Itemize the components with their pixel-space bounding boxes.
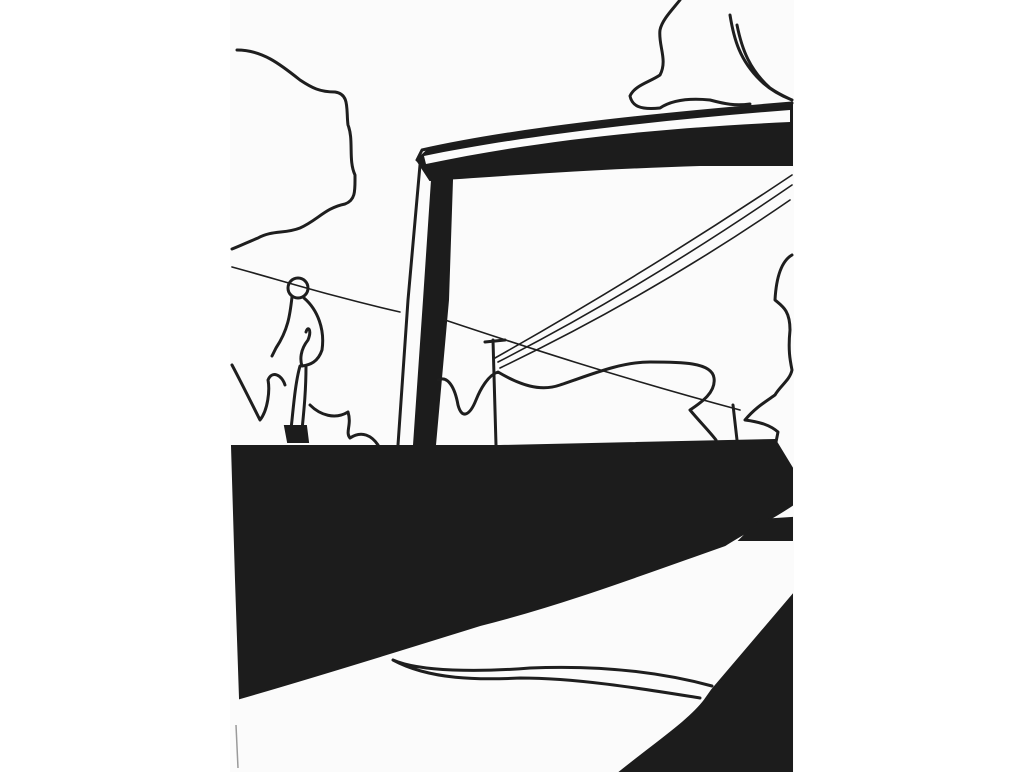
- figure-feet: [285, 426, 308, 442]
- tree-outline-right: [745, 255, 792, 442]
- standing-figure: [272, 278, 323, 442]
- utility-pole: [485, 340, 505, 445]
- tree-outline-top-right: [630, 0, 750, 109]
- pencil-mark: [236, 725, 238, 768]
- power-line-3: [500, 200, 790, 368]
- ledge-dark-wedge: [232, 440, 792, 698]
- shrub-outline-middle: [438, 362, 716, 440]
- power-line-1: [495, 175, 792, 358]
- utility-pole-right: [733, 405, 737, 440]
- road-lines: [393, 660, 712, 698]
- power-line-2: [498, 185, 792, 362]
- tree-outline-left: [232, 50, 355, 249]
- post: [414, 180, 452, 445]
- figure-body: [272, 297, 323, 440]
- ink-drawing: [0, 0, 1024, 772]
- tree-branch-top-right: [730, 15, 792, 100]
